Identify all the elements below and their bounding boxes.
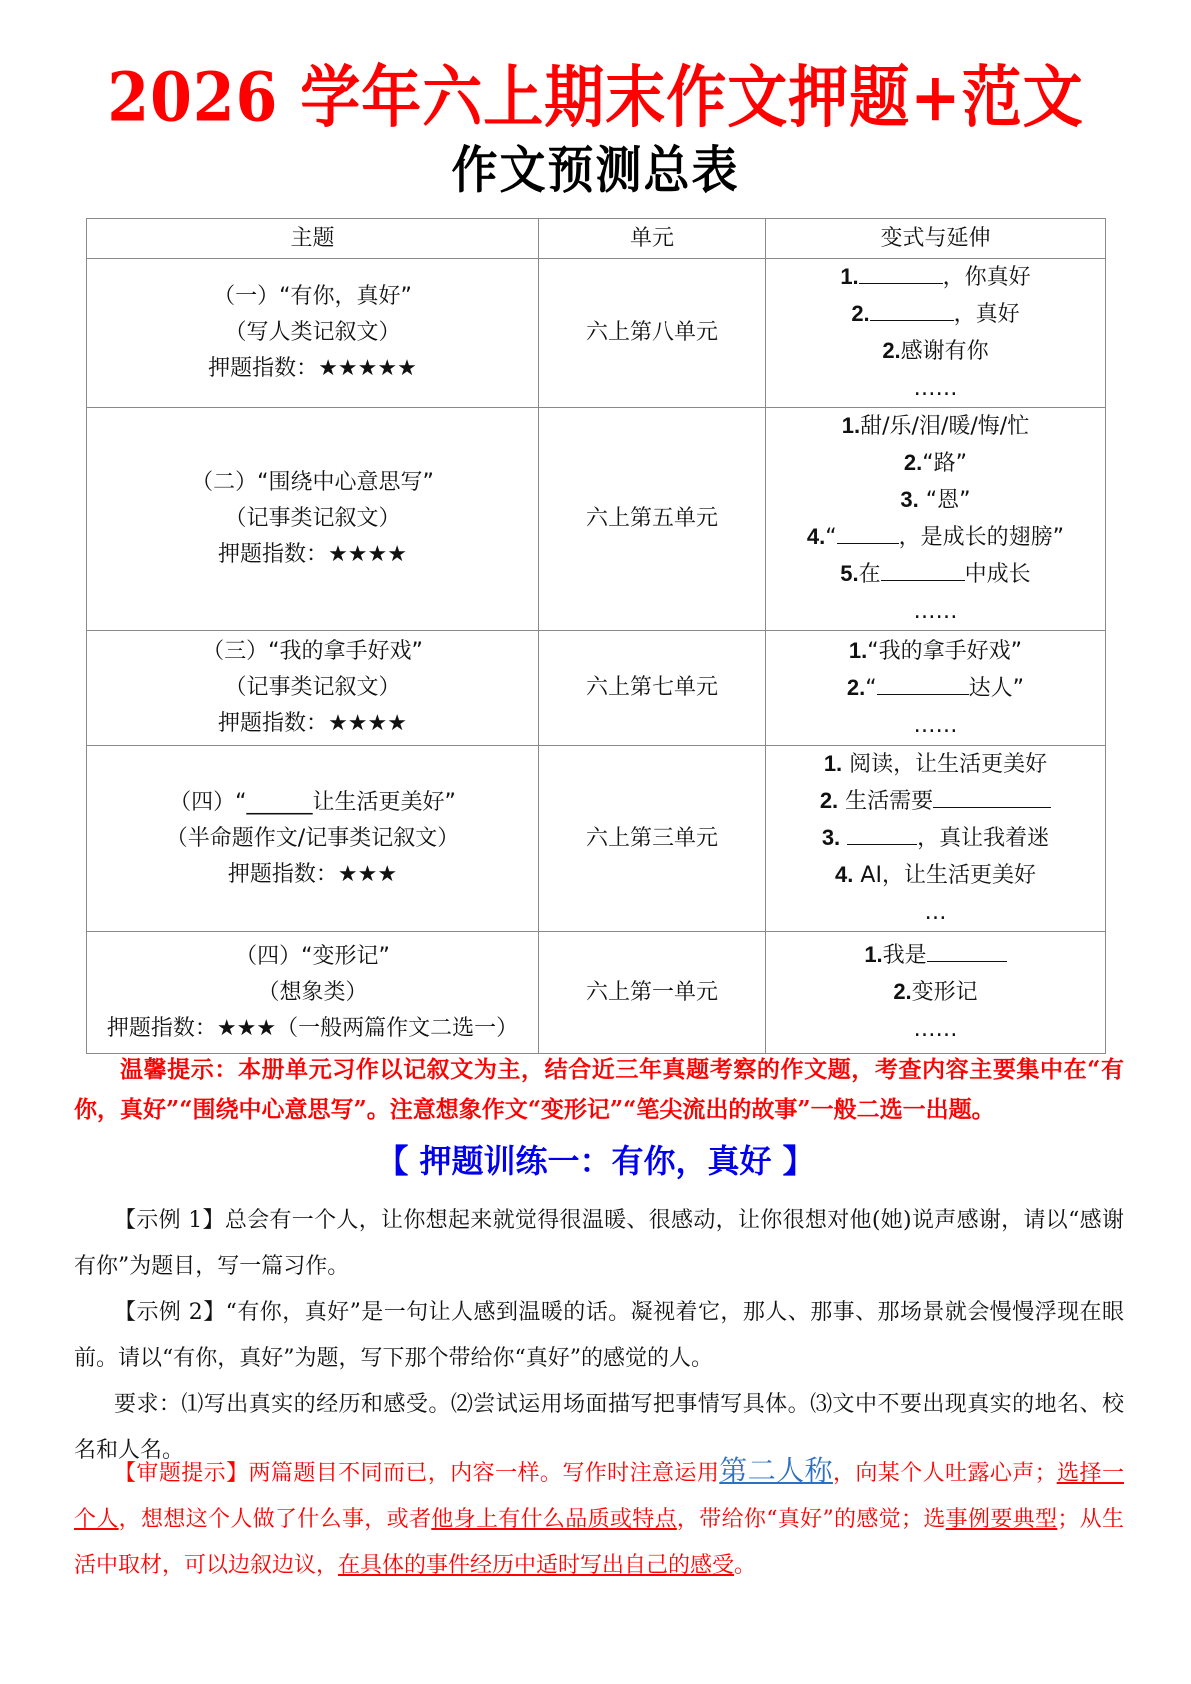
variant-text: 阅读，让生活更美好 xyxy=(842,752,1047,777)
prediction-index: 押题指数：★★★★ xyxy=(87,706,538,742)
variant-text: … xyxy=(925,900,947,925)
variant-text xyxy=(840,826,847,851)
section-heading: 【 押题训练一：有你，真好 】 xyxy=(0,1136,1191,1186)
star-rating-icon: ★★★★ xyxy=(328,542,407,567)
example-1: 【示例 1】总会有一个人，让你想起来就觉得很温暖、很感动，让你很想对他(她)说声… xyxy=(74,1198,1124,1290)
variant-text: 变形记 xyxy=(912,980,978,1005)
topic-title: （四）“变形记” xyxy=(87,939,538,975)
variant-number: 4. xyxy=(835,862,853,887)
unit-cell: 六上第一单元 xyxy=(539,932,766,1054)
variant-item: 2.变形记 xyxy=(766,974,1105,1011)
star-rating-icon: ★★★ xyxy=(217,1016,276,1041)
warm-tip: 温馨提示：本册单元习作以记叙文为主，结合近三年真题考察的作文题，考查内容主要集中… xyxy=(74,1050,1124,1130)
variant-item: 3. “恩” xyxy=(766,482,1105,519)
fill-in-blank xyxy=(933,784,1051,808)
variant-item: 2. 生活需要 xyxy=(766,783,1105,820)
column-header-unit: 单元 xyxy=(539,219,766,259)
prediction-index: 押题指数：★★★ xyxy=(87,857,538,893)
prediction-index-label: 押题指数： xyxy=(218,542,328,567)
variant-number: 3. xyxy=(900,487,918,512)
prediction-index-label: 押题指数： xyxy=(208,356,318,381)
variant-item: 2.“路” xyxy=(766,445,1105,482)
hint-underline: 在具体的事件经历中适时写出自己的感受 xyxy=(338,1553,734,1578)
fill-in-blank xyxy=(837,520,899,544)
prediction-index: 押题指数：★★★★ xyxy=(87,537,538,573)
variant-number: 1. xyxy=(842,413,860,438)
star-rating-icon: ★★★★ xyxy=(328,711,407,736)
variant-text: ，真好 xyxy=(954,302,1020,327)
variant-number: 2. xyxy=(851,301,869,326)
variant-item: 1.我是 xyxy=(766,937,1105,974)
table-title: 作文预测总表 xyxy=(0,137,1191,203)
variant-item: 1.，你真好 xyxy=(766,259,1105,296)
hint-text: ，向某个人吐露心声； xyxy=(833,1461,1057,1486)
prediction-index: 押题指数：★★★★★ xyxy=(87,351,538,387)
variant-item: …… xyxy=(766,593,1105,630)
variants-cell: 1.我是2.变形记…… xyxy=(766,932,1106,1054)
prediction-index-label: 押题指数： xyxy=(218,711,328,736)
variant-number: 1. xyxy=(840,264,858,289)
topic-title: （三）“我的拿手好戏” xyxy=(87,634,538,670)
fill-in-blank xyxy=(870,297,954,321)
variant-text: 感谢有你 xyxy=(901,339,989,364)
variants-cell: 1. 阅读，让生活更美好2. 生活需要3. ，真让我着迷4. AI，让生活更美好… xyxy=(766,746,1106,932)
variant-text: “ xyxy=(825,525,836,550)
variant-item: … xyxy=(766,894,1105,931)
variant-number: 3. xyxy=(822,825,840,850)
star-rating-icon: ★★★ xyxy=(338,862,397,887)
variant-number: 1. xyxy=(849,638,867,663)
example-2: 【示例 2】“有你，真好”是一句让人感到温暖的话。凝视着它，那人、那事、那场景就… xyxy=(74,1290,1124,1382)
variant-text: …… xyxy=(914,599,958,624)
variant-item: 3. ，真让我着迷 xyxy=(766,820,1105,857)
table-header-row: 主题 单元 变式与延伸 xyxy=(87,219,1106,259)
variant-item: …… xyxy=(766,707,1105,744)
variant-text: 中成长 xyxy=(965,562,1031,587)
variant-item: 2.，真好 xyxy=(766,296,1105,333)
topic-genre: （半命题作文/记事类记叙文） xyxy=(87,821,538,857)
variant-number: 5. xyxy=(840,561,858,586)
variant-number: 4. xyxy=(807,524,825,549)
variant-text: 达人” xyxy=(969,676,1024,701)
topic-genre: （想象类） xyxy=(87,975,538,1011)
topic-title: （一）“有你，真好” xyxy=(87,279,538,315)
variant-item: 2.“达人” xyxy=(766,670,1105,707)
variant-item: 1.甜/乐/泪/暖/悔/忙 xyxy=(766,408,1105,445)
variant-number: 1. xyxy=(824,751,842,776)
hint-text: ，带给你“真好”的感觉；选 xyxy=(677,1507,946,1532)
hint-text: 两篇题目不同而已，内容一样。写作时注意运用 xyxy=(249,1461,720,1486)
variant-item: 4.“，是成长的翅膀” xyxy=(766,519,1105,556)
variant-number: 2. xyxy=(882,338,900,363)
variants-cell: 1.，你真好2.，真好2.感谢有你…… xyxy=(766,259,1106,408)
variant-item: …… xyxy=(766,1011,1105,1048)
variant-item: 1. 阅读，让生活更美好 xyxy=(766,746,1105,783)
topic-title: （四）“______让生活更美好” xyxy=(87,785,538,821)
variant-text: ，真让我着迷 xyxy=(917,826,1049,851)
hint-text: 。 xyxy=(734,1553,756,1578)
hint-label: 【审题提示】 xyxy=(114,1461,249,1486)
unit-cell: 六上第五单元 xyxy=(539,408,766,631)
variant-number: 2. xyxy=(847,675,865,700)
prediction-index-label: 押题指数： xyxy=(107,1016,217,1041)
unit-cell: 六上第三单元 xyxy=(539,746,766,932)
topic-cell: （四）“______让生活更美好”（半命题作文/记事类记叙文）押题指数：★★★ xyxy=(87,746,539,932)
variant-text: “路” xyxy=(922,451,967,476)
variants-cell: 1.甜/乐/泪/暖/悔/忙2.“路”3. “恩”4.“，是成长的翅膀”5.在中成… xyxy=(766,408,1106,631)
topic-title: （二）“围绕中心意思写” xyxy=(87,465,538,501)
variant-number: 1. xyxy=(864,942,882,967)
topic-cell: （四）“变形记”（想象类）押题指数：★★★（一般两篇作文二选一） xyxy=(87,932,539,1054)
variant-text: 在 xyxy=(859,562,881,587)
unit-cell: 六上第七单元 xyxy=(539,631,766,746)
fill-in-blank xyxy=(877,671,969,695)
unit-cell: 六上第八单元 xyxy=(539,259,766,408)
hint-text: ，想想这个人做了什么事，或者 xyxy=(119,1507,432,1532)
fill-in-blank xyxy=(881,557,965,581)
variant-text: ，你真好 xyxy=(943,265,1031,290)
variant-number: 2. xyxy=(820,788,838,813)
fill-in-blank xyxy=(859,260,943,284)
table-row: （四）“变形记”（想象类）押题指数：★★★（一般两篇作文二选一）六上第一单元1.… xyxy=(87,932,1106,1054)
topic-cell: （二）“围绕中心意思写”（记事类记叙文）押题指数：★★★★ xyxy=(87,408,539,631)
topic-cell: （三）“我的拿手好戏”（记事类记叙文）押题指数：★★★★ xyxy=(87,631,539,746)
variant-item: 5.在中成长 xyxy=(766,556,1105,593)
topic-genre: （记事类记叙文） xyxy=(87,670,538,706)
variant-number: 2. xyxy=(893,979,911,1004)
variant-text: …… xyxy=(914,376,958,401)
table-row: （一）“有你，真好”（写人类记叙文）押题指数：★★★★★六上第八单元1.，你真好… xyxy=(87,259,1106,408)
variant-item: 4. AI，让生活更美好 xyxy=(766,857,1105,894)
variant-number: 2. xyxy=(904,450,922,475)
topic-genre: （写人类记叙文） xyxy=(87,315,538,351)
table-row: （三）“我的拿手好戏”（记事类记叙文）押题指数：★★★★六上第七单元1.“我的拿… xyxy=(87,631,1106,746)
hint-emphasis-second-person: 第二人称 xyxy=(719,1454,833,1487)
prediction-index-note: （一般两篇作文二选一） xyxy=(276,1016,518,1041)
fill-in-blank xyxy=(847,821,917,845)
prediction-index: 押题指数：★★★（一般两篇作文二选一） xyxy=(87,1011,538,1047)
review-hint: 【审题提示】两篇题目不同而已，内容一样。写作时注意运用第二人称，向某个人吐露心声… xyxy=(74,1448,1124,1589)
variant-text: AI，让生活更美好 xyxy=(853,863,1036,888)
variant-item: 2.感谢有你 xyxy=(766,333,1105,370)
variant-text: 我是 xyxy=(883,943,927,968)
forecast-table: 主题 单元 变式与延伸 （一）“有你，真好”（写人类记叙文）押题指数：★★★★★… xyxy=(86,218,1106,1054)
table-row: （四）“______让生活更美好”（半命题作文/记事类记叙文）押题指数：★★★六… xyxy=(87,746,1106,932)
topic-cell: （一）“有你，真好”（写人类记叙文）押题指数：★★★★★ xyxy=(87,259,539,408)
variant-text: “我的拿手好戏” xyxy=(867,639,1022,664)
variant-item: 1.“我的拿手好戏” xyxy=(766,633,1105,670)
column-header-variants: 变式与延伸 xyxy=(766,219,1106,259)
variant-text: …… xyxy=(914,713,958,738)
variants-cell: 1.“我的拿手好戏”2.“达人”…… xyxy=(766,631,1106,746)
column-header-topic: 主题 xyxy=(87,219,539,259)
table-row: （二）“围绕中心意思写”（记事类记叙文）押题指数：★★★★六上第五单元1.甜/乐… xyxy=(87,408,1106,631)
variant-text: “ xyxy=(865,676,876,701)
document-title: 2026 学年六上期末作文押题+范文 xyxy=(0,58,1191,139)
variant-item: …… xyxy=(766,370,1105,407)
star-rating-icon: ★★★★★ xyxy=(318,356,417,381)
variant-text: 甜/乐/泪/暖/悔/忙 xyxy=(860,414,1029,439)
topic-genre: （记事类记叙文） xyxy=(87,501,538,537)
variant-text: …… xyxy=(914,1017,958,1042)
prediction-index-label: 押题指数： xyxy=(228,862,338,887)
hint-underline: 事例要典型 xyxy=(946,1507,1058,1532)
fill-in-blank xyxy=(927,938,1007,962)
variant-text: 生活需要 xyxy=(838,789,933,814)
variant-text: “恩” xyxy=(919,488,971,513)
variant-text: ，是成长的翅膀” xyxy=(899,525,1064,550)
hint-underline: 他身上有什么品质或特点 xyxy=(431,1507,677,1532)
